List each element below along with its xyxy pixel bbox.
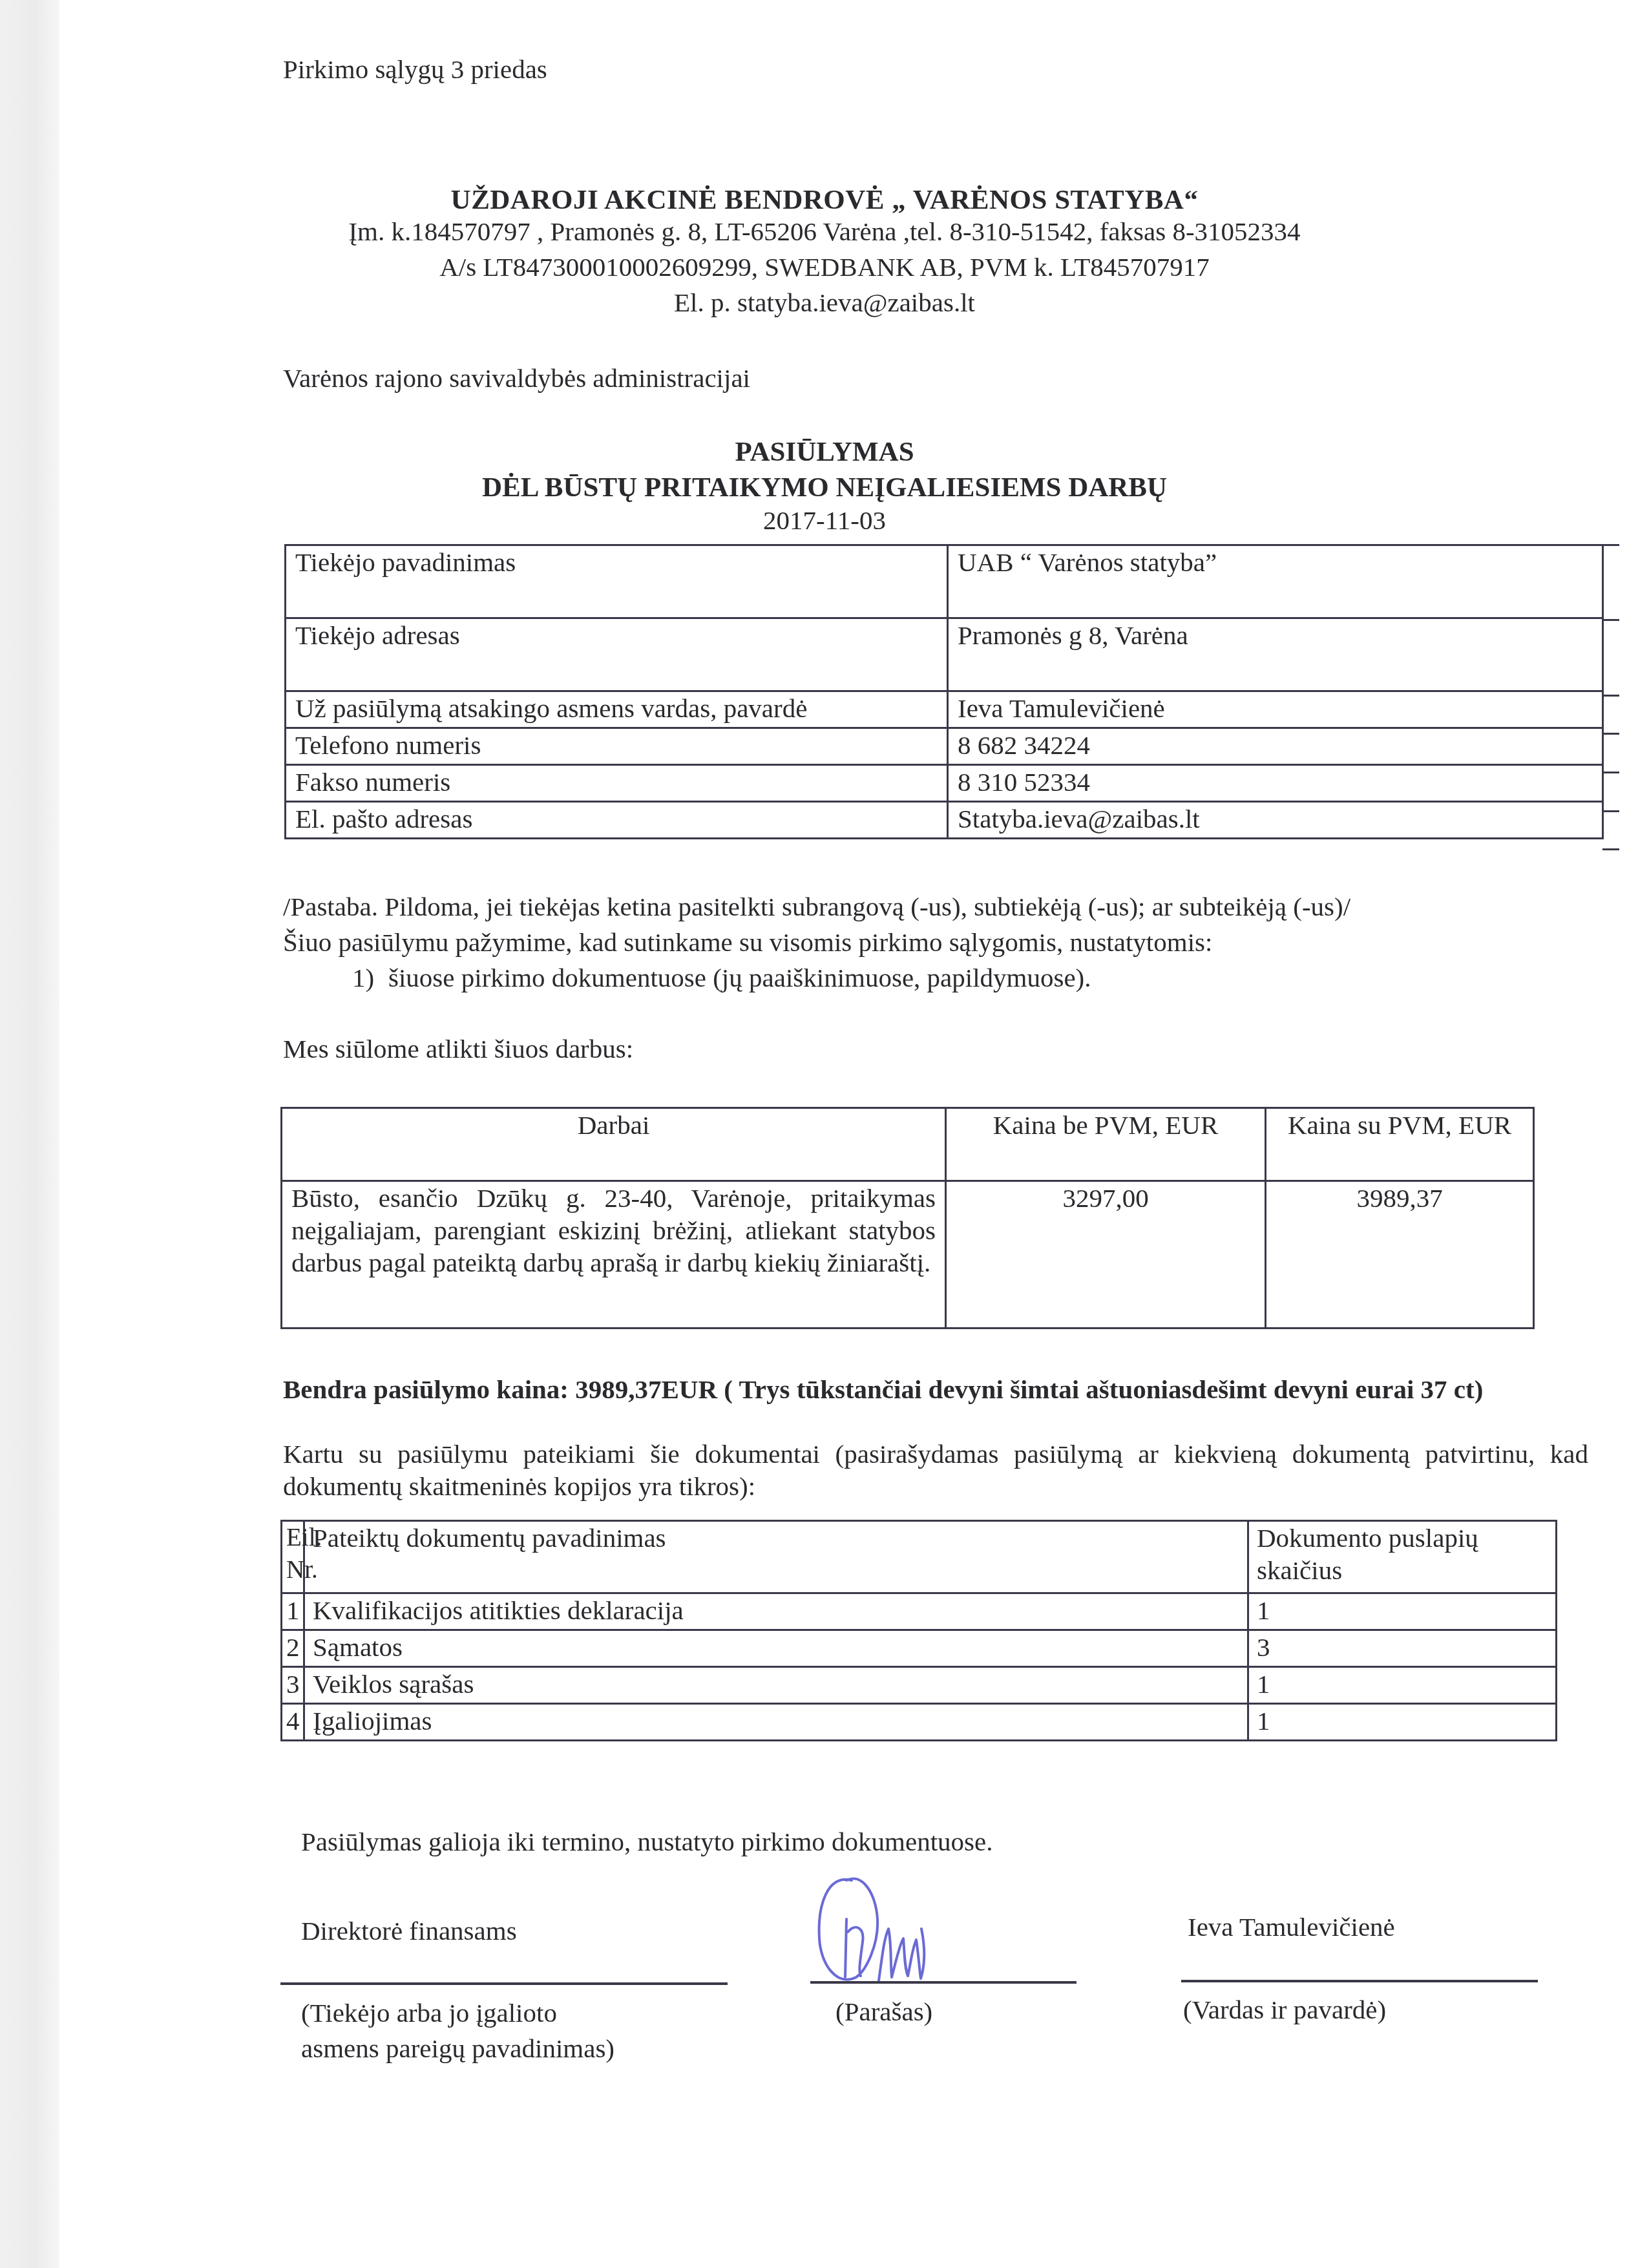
table-line-overhang (1602, 733, 1619, 735)
role-caption: (Tiekėjo arba jo įgalioto asmens pareigų… (301, 1995, 614, 2066)
document-title: PASIŪLYMAS (0, 436, 1649, 468)
total-offer-price: Bendra pasiūlymo kaina: 3989,37EUR ( Try… (283, 1373, 1588, 1405)
scan-edge-strip (0, 0, 59, 2268)
table-header-row: Darbai Kaina be PVM, EUR Kaina su PVM, E… (282, 1108, 1534, 1181)
supplier-address-label: Tiekėjo adresas (286, 618, 948, 691)
table-line-overhang (1602, 848, 1619, 850)
page-count: 1 (1248, 1667, 1557, 1704)
company-name: UŽDAROJI AKCINĖ BENDROVĖ „ VARĖNOS STATY… (0, 184, 1649, 216)
name-signature-line (1181, 1980, 1538, 1982)
company-bank-line: A/s LT847300010002609299, SWEDBANK AB, P… (0, 251, 1649, 283)
works-price-table: Darbai Kaina be PVM, EUR Kaina su PVM, E… (280, 1107, 1535, 1329)
price-without-vat: 3297,00 (946, 1181, 1266, 1328)
table-row: Būsto, esančio Dzūkų g. 23-40, Varėnoje,… (282, 1181, 1534, 1328)
phone-value: 8 682 34224 (948, 728, 1603, 765)
table-line-overhang (1602, 695, 1619, 697)
document-name: Veiklos sąrašas (304, 1667, 1248, 1704)
price-with-vat: 3989,37 (1266, 1181, 1534, 1328)
document-name: Kvalifikacijos atitikties deklaracija (304, 1593, 1248, 1630)
annex-label: Pirkimo sąlygų 3 priedas (283, 53, 547, 85)
work-description: Būsto, esančio Dzūkų g. 23-40, Varėnoje,… (282, 1181, 946, 1328)
company-email-line: El. p. statyba.ieva@zaibas.lt (0, 286, 1649, 319)
role-caption-line1: (Tiekėjo arba jo įgalioto (301, 1995, 614, 2031)
page-count: 1 (1248, 1593, 1557, 1630)
fax-value: 8 310 52334 (948, 765, 1603, 802)
document-date: 2017-11-03 (0, 504, 1649, 536)
table-row: Tiekėjo pavadinimas UAB “ Varėnos statyb… (286, 545, 1603, 618)
signature-caption: (Parašas) (835, 1995, 932, 2028)
submitted-documents-table: Eil. Nr. Pateiktų dokumentų pavadinimas … (280, 1520, 1557, 1741)
role-caption-line2: asmens pareigų pavadinimas) (301, 2031, 614, 2066)
agreement-item-number: 1) (352, 961, 388, 994)
agreement-statement: Šiuo pasiūlymu pažymime, kad sutinkame s… (283, 926, 1212, 958)
validity-statement: Pasiūlymas galioja iki termino, nustatyt… (301, 1825, 993, 1858)
price-with-vat-header: Kaina su PVM, EUR (1266, 1108, 1534, 1181)
document-subtitle: DĖL BŪSTŲ PRITAIKYMO NEĮGALIESIEMS DARBŲ (0, 472, 1649, 503)
table-row: 1 Kvalifikacijos atitikties deklaracija … (282, 1593, 1557, 1630)
row-number: 2 (282, 1630, 304, 1667)
supplier-info-table: Tiekėjo pavadinimas UAB “ Varėnos statyb… (284, 544, 1604, 839)
table-row: 4 Įgaliojimas 1 (282, 1704, 1557, 1741)
page-count-header: Dokumento puslapių skaičius (1248, 1521, 1557, 1593)
signer-name: Ieva Tamulevičienė (1188, 1911, 1395, 1943)
subcontractor-note: /Pastaba. Pildoma, jei tiekėjas ketina p… (283, 890, 1350, 923)
table-line-overhang (1602, 619, 1619, 621)
signature-line (810, 1981, 1077, 1984)
fax-label: Fakso numeris (286, 765, 948, 802)
price-without-vat-header: Kaina be PVM, EUR (946, 1108, 1266, 1181)
page-count: 3 (1248, 1630, 1557, 1667)
email-label: El. pašto adresas (286, 802, 948, 839)
row-number: 3 (282, 1667, 304, 1704)
table-row: Už pasiūlymą atsakingo asmens vardas, pa… (286, 691, 1603, 728)
table-row: 3 Veiklos sąrašas 1 (282, 1667, 1557, 1704)
table-row: El. pašto adresas Statyba.ieva@zaibas.lt (286, 802, 1603, 839)
table-row: Fakso numeris 8 310 52334 (286, 765, 1603, 802)
email-value: Statyba.ieva@zaibas.lt (948, 802, 1603, 839)
supplier-address-value: Pramonės g 8, Varėna (948, 618, 1603, 691)
works-header: Darbai (282, 1108, 946, 1181)
row-number: 4 (282, 1704, 304, 1741)
responsible-person-label: Už pasiūlymą atsakingo asmens vardas, pa… (286, 691, 948, 728)
page-count: 1 (1248, 1704, 1557, 1741)
table-header-row: Eil. Nr. Pateiktų dokumentų pavadinimas … (282, 1521, 1557, 1593)
name-caption: (Vardas ir pavardė) (1183, 1993, 1386, 2026)
document-name: Sąmatos (304, 1630, 1248, 1667)
table-line-overhang (1602, 544, 1619, 546)
addressee: Varėnos rajono savivaldybės administraci… (283, 362, 750, 394)
handwritten-signature-icon (801, 1867, 943, 1984)
table-row: Telefono numeris 8 682 34224 (286, 728, 1603, 765)
phone-label: Telefono numeris (286, 728, 948, 765)
supplier-name-value: UAB “ Varėnos statyba” (948, 545, 1603, 618)
signer-role: Direktorė finansams (301, 1915, 517, 1947)
document-name: Įgaliojimas (304, 1704, 1248, 1741)
table-row: 2 Sąmatos 3 (282, 1630, 1557, 1667)
row-number-header: Eil. Nr. (282, 1521, 304, 1593)
table-line-overhang (1602, 772, 1619, 773)
document-name-header: Pateiktų dokumentų pavadinimas (304, 1521, 1248, 1593)
company-details-line: Įm. k.184570797 , Pramonės g. 8, LT-6520… (0, 215, 1649, 247)
table-row: Tiekėjo adresas Pramonės g 8, Varėna (286, 618, 1603, 691)
responsible-person-value: Ieva Tamulevičienė (948, 691, 1603, 728)
table-line-overhang (1602, 810, 1619, 812)
role-signature-line (280, 1982, 728, 1985)
agreement-item-text: šiuose pirkimo dokumentuose (jų paaiškin… (388, 963, 1091, 992)
row-number: 1 (282, 1593, 304, 1630)
agreement-item: 1)šiuose pirkimo dokumentuose (jų paaišk… (352, 961, 1091, 994)
supplier-name-label: Tiekėjo pavadinimas (286, 545, 948, 618)
offer-intro: Mes siūlome atlikti šiuos darbus: (283, 1033, 633, 1065)
documents-intro: Kartu su pasiūlymu pateikiami šie dokume… (283, 1438, 1588, 1502)
